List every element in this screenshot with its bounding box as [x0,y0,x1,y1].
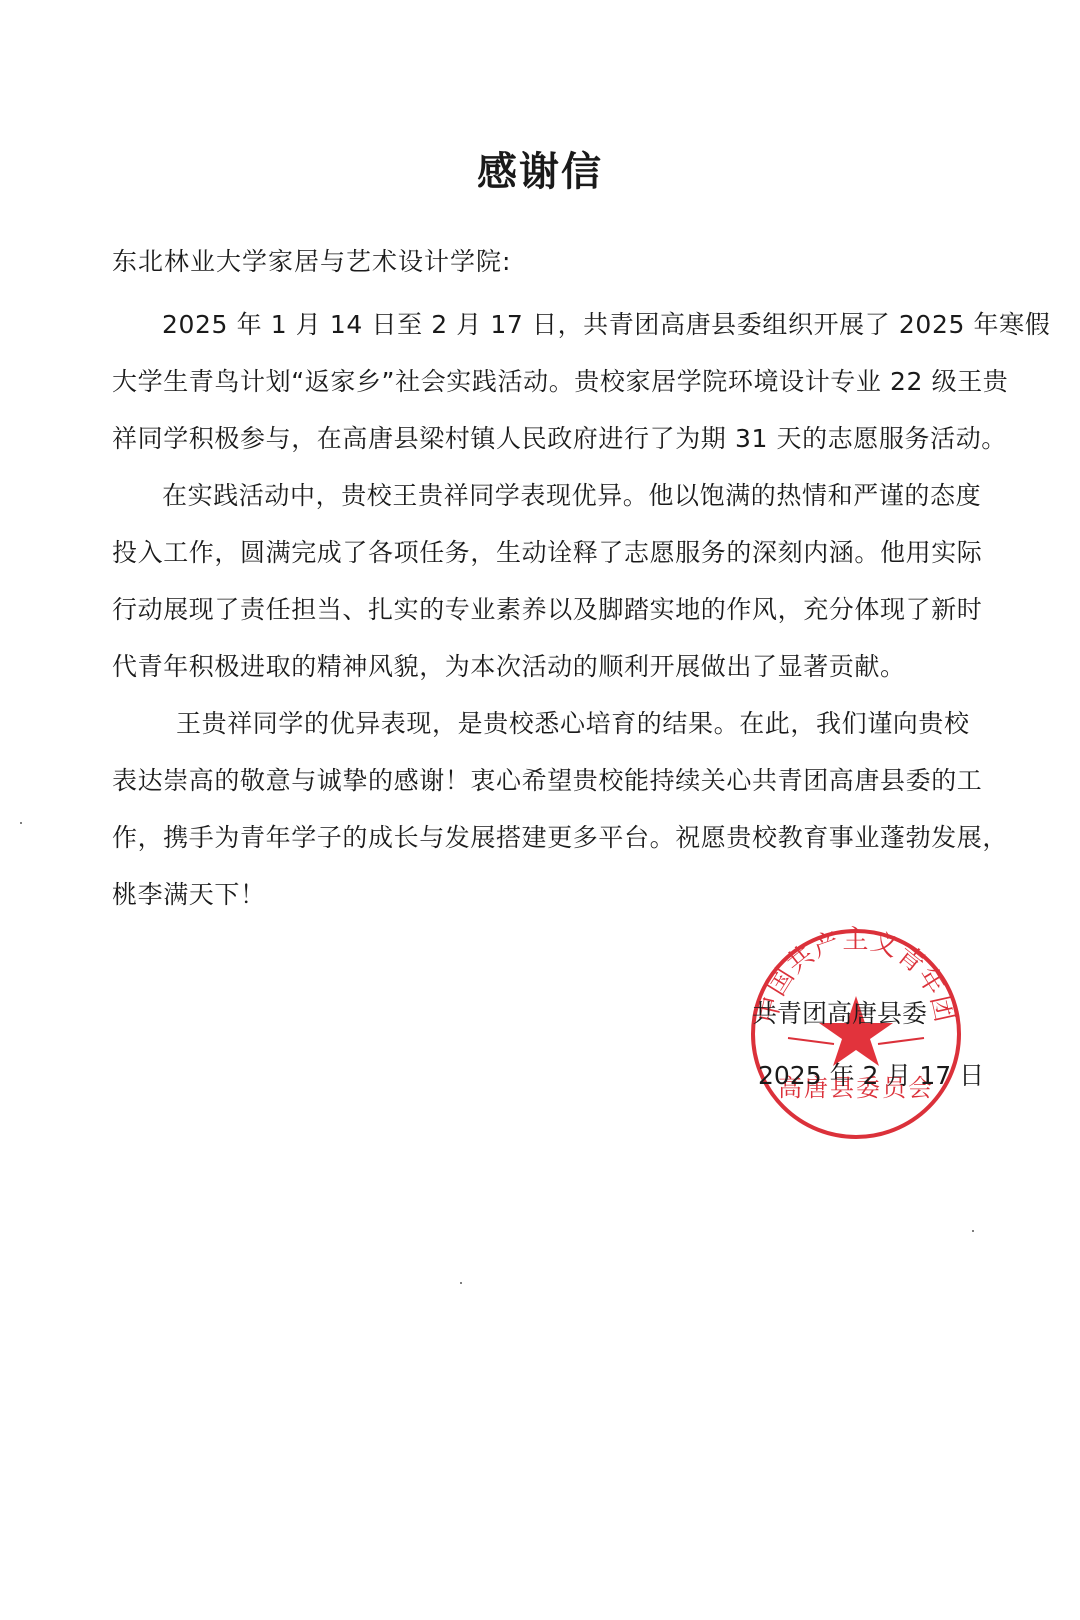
scan-speck [20,822,22,824]
signature-organization: 共青团高唐县委 [752,994,984,1034]
paragraph-line: 大学生青鸟计划“返家乡”社会实践活动。贵校家居学院环境设计专业 22 级王贵 [112,353,1002,410]
salutation: 东北林业大学家居与艺术设计学院: [112,244,511,280]
paragraph-2: 在实践活动中，贵校王贵祥同学表现优异。他以饱满的热情和严谨的态度 投入工作，圆满… [112,467,1002,695]
paragraph-line: 祥同学积极参与，在高唐县梁村镇人民政府进行了为期 31 天的志愿服务活动。 [112,410,1002,467]
letter-page: 感谢信 东北林业大学家居与艺术设计学院: 2025 年 1 月 14 日至 2 … [0,0,1080,1620]
paragraph-3: 王贵祥同学的优异表现，是贵校悉心培育的结果。在此，我们谨向贵校 表达崇高的敬意与… [112,695,1002,923]
paragraph-line: 行动展现了责任担当、扎实的专业素养以及脚踏实地的作风，充分体现了新时 [112,581,1002,638]
scan-speck [972,1230,974,1232]
paragraph-line: 作，携手为青年学子的成长与发展搭建更多平台。祝愿贵校教育事业蓬勃发展， [112,809,1002,866]
paragraph-1: 2025 年 1 月 14 日至 2 月 17 日，共青团高唐县委组织开展了 2… [112,296,1002,467]
letter-body: 2025 年 1 月 14 日至 2 月 17 日，共青团高唐县委组织开展了 2… [112,296,1002,923]
letter-title: 感谢信 [0,142,1080,202]
paragraph-line: 在实践活动中，贵校王贵祥同学表现优异。他以饱满的热情和严谨的态度 [112,467,1002,524]
paragraph-line: 2025 年 1 月 14 日至 2 月 17 日，共青团高唐县委组织开展了 2… [112,296,1002,353]
signature-date: 2025 年 2 月 17 日 [758,1056,984,1096]
paragraph-line: 王贵祥同学的优异表现，是贵校悉心培育的结果。在此，我们谨向贵校 [112,695,1002,752]
paragraph-line: 表达崇高的敬意与诚挚的感谢！衷心希望贵校能持续关心共青团高唐县委的工 [112,752,1002,809]
paragraph-line: 投入工作，圆满完成了各项任务，生动诠释了志愿服务的深刻内涵。他用实际 [112,524,1002,581]
signature-block: 共青团高唐县委 2025 年 2 月 17 日 [752,994,984,1096]
paragraph-line: 桃李满天下！ [112,866,1002,923]
scan-speck [460,1282,462,1284]
paragraph-line: 代青年积极进取的精神风貌，为本次活动的顺利开展做出了显著贡献。 [112,638,1002,695]
